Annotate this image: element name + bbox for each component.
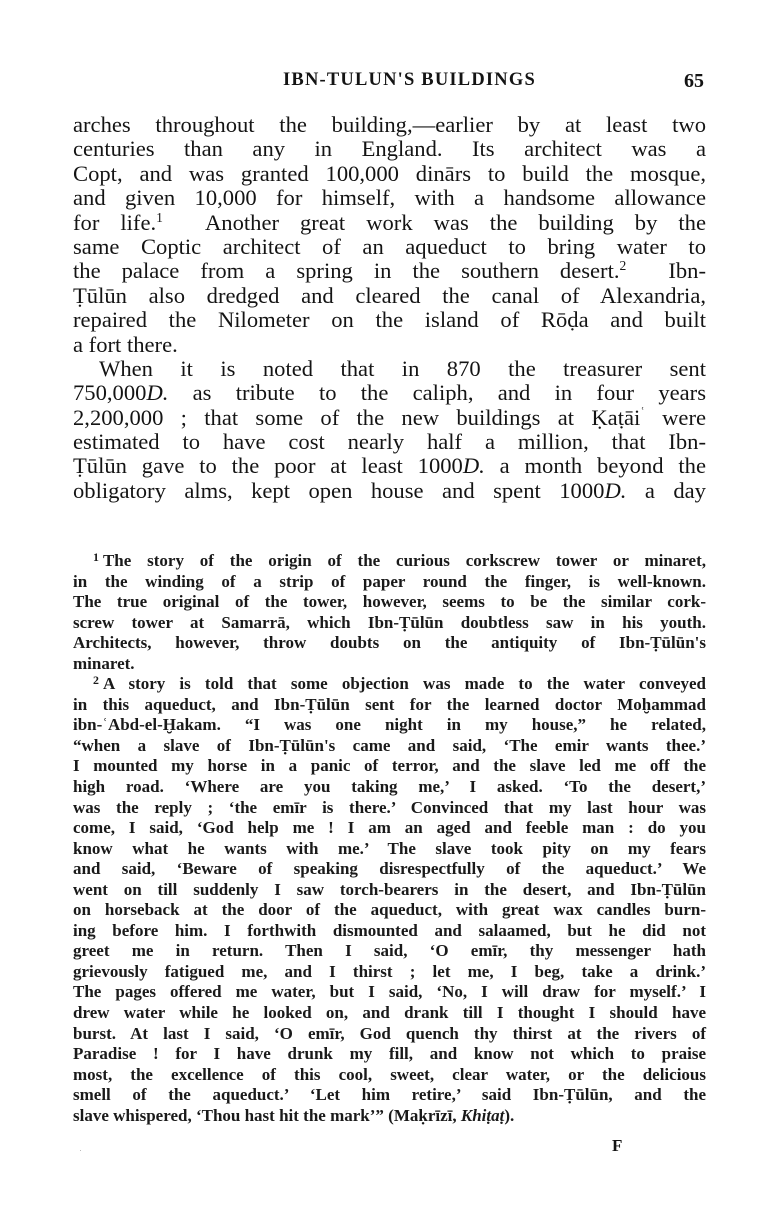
footnote-line: ibn-ʿAbd-el-Ḫakam. “I was one night in m…: [73, 715, 706, 736]
footnote-line: Architects, however, throw doubts on the…: [73, 633, 706, 654]
text-fragment: Ibn-: [668, 258, 706, 283]
footnote-line: screw tower at Samarrā, which Ibn-Ṭūlūn …: [73, 613, 706, 634]
work-title: Khiṭaṭ: [461, 1106, 504, 1125]
text-fragment: were: [662, 405, 706, 430]
text-line: obligatory alms, kept open house and spe…: [73, 479, 706, 503]
text-fragment: ).: [504, 1106, 514, 1125]
footnote-line: know what he wants with me.’ The slave t…: [73, 839, 706, 860]
footnote-line: minaret.: [73, 654, 706, 675]
footnote-line: come, I said, ‘God help me ! I am an age…: [73, 818, 706, 839]
text-line: centuries than any in England. Its archi…: [73, 137, 706, 161]
footnote-ref-2[interactable]: 2: [620, 258, 627, 273]
paragraph-1: arches throughout the building,—earlier …: [73, 113, 706, 357]
footnote-line: in the winding of a strip of paper round…: [73, 572, 706, 593]
text-line: When it is noted that in 870 the treasur…: [73, 357, 706, 381]
text-fragment: a month beyond the: [500, 453, 706, 478]
footnote-line: ing before him. I forthwith dismounted a…: [73, 921, 706, 942]
book-page: IBN-TULUN'S BUILDINGS 65 arches througho…: [0, 0, 780, 1226]
footnote-line: high road. ‘Where are you taking me,’ I …: [73, 777, 706, 798]
footnote-line: and said, ‘Beware of speaking disrespect…: [73, 859, 706, 880]
text-fragment: obligatory alms, kept open house and spe…: [73, 478, 604, 503]
footnotes: 1The story of the origin of the curious …: [73, 551, 706, 1126]
footnote-line: I mounted my horse in a panic of terror,…: [73, 756, 706, 777]
text-fragment: 2,200,000 ; that some of the new buildin…: [73, 405, 640, 430]
text-line: a fort there.: [73, 333, 706, 357]
scan-speck: [80, 1150, 81, 1151]
text-line: the palace from a spring in the southern…: [73, 259, 706, 283]
currency-abbrev: D.: [604, 478, 626, 503]
footnote-line: 2A story is told that some objection was…: [73, 674, 706, 695]
text-fragment: as tribute to the caliph, and in four ye…: [193, 380, 706, 405]
text-line: 750,000D. as tribute to the caliph, and …: [73, 381, 706, 405]
currency-abbrev: D.: [463, 453, 485, 478]
footnote-line: in this aqueduct, and Ibn-Ṭūlūn sent for…: [73, 695, 706, 716]
text-fragment: 750,000: [73, 380, 146, 405]
footnote-line: greet me in return. Then I said, ‘O emīr…: [73, 941, 706, 962]
footnote-line: slave whispered, ‘Thou hast hit the mark…: [73, 1106, 706, 1127]
footnote-2: 2A story is told that some objection was…: [73, 674, 706, 1126]
footnote-number: 1: [93, 550, 99, 564]
footnote-line: 1The story of the origin of the curious …: [73, 551, 706, 572]
text-fragment: a day: [645, 478, 706, 503]
footnote-line: smell of the aqueduct.’ ‘Let him retire,…: [73, 1085, 706, 1106]
running-head: IBN-TULUN'S BUILDINGS 65: [73, 70, 706, 100]
footnote-line: on horseback at the door of the aqueduct…: [73, 900, 706, 921]
paragraph-2: When it is noted that in 870 the treasur…: [73, 357, 706, 503]
text-fragment: The story of the origin of the curious c…: [103, 551, 706, 570]
text-line: Copt, and was granted 100,000 dinārs to …: [73, 162, 706, 186]
text-line: Ṭūlūn also dredged and cleared the canal…: [73, 284, 706, 308]
text-fragment: for life.: [73, 210, 156, 235]
page-number: 65: [684, 70, 704, 93]
footnote-ref-1[interactable]: 1: [156, 209, 163, 224]
footnote-line: drew water while he looked on, and drank…: [73, 1003, 706, 1024]
signature-mark: F: [612, 1136, 622, 1156]
text-line: 2,200,000 ; that some of the new buildin…: [73, 406, 706, 430]
text-line: for life.1 Another great work was the bu…: [73, 211, 706, 235]
text-line: estimated to have cost nearly half a mil…: [73, 430, 706, 454]
footnote-line: grievously fatigued me, and I thirst ; l…: [73, 962, 706, 983]
footnote-line: The pages offered me water, but I said, …: [73, 982, 706, 1003]
footnote-line: burst. At last I said, ‘O emīr, God quen…: [73, 1024, 706, 1045]
text-fragment: A story is told that some objection was …: [103, 674, 706, 693]
ain-mark: ʿ: [640, 405, 645, 420]
text-fragment: Another great work was the building by t…: [205, 210, 706, 235]
text-line: Ṭūlūn gave to the poor at least 1000D. a…: [73, 454, 706, 478]
footnote-line: “when a slave of Ibn-Ṭūlūn's came and sa…: [73, 736, 706, 757]
footnote-line: was the reply ; ‘the emīr is there.’ Con…: [73, 798, 706, 819]
text-fragment: the palace from a spring in the southern…: [73, 258, 620, 283]
text-line: repaired the Nilometer on the island of …: [73, 308, 706, 332]
running-title: IBN-TULUN'S BUILDINGS: [73, 70, 706, 91]
footnote-line: Paradise ! for I have drunk my fill, and…: [73, 1044, 706, 1065]
text-line: same Coptic architect of an aqueduct to …: [73, 235, 706, 259]
text-fragment: Ṭūlūn gave to the poor at least 1000: [73, 453, 463, 478]
footnote-line: went on till suddenly I saw torch-bearer…: [73, 880, 706, 901]
footnote-line: most, the excellence of this cool, sweet…: [73, 1065, 706, 1086]
currency-abbrev: D.: [146, 380, 168, 405]
footnote-number: 2: [93, 673, 99, 687]
footnote-1: 1The story of the origin of the curious …: [73, 551, 706, 674]
main-text: arches throughout the building,—earlier …: [73, 113, 706, 503]
text-fragment: slave whispered, ‘Thou hast hit the mark…: [73, 1106, 457, 1125]
footnote-line: The true original of the tower, however,…: [73, 592, 706, 613]
text-line: and given 10,000 for himself, with a han…: [73, 186, 706, 210]
text-line: arches throughout the building,—earlier …: [73, 113, 706, 137]
